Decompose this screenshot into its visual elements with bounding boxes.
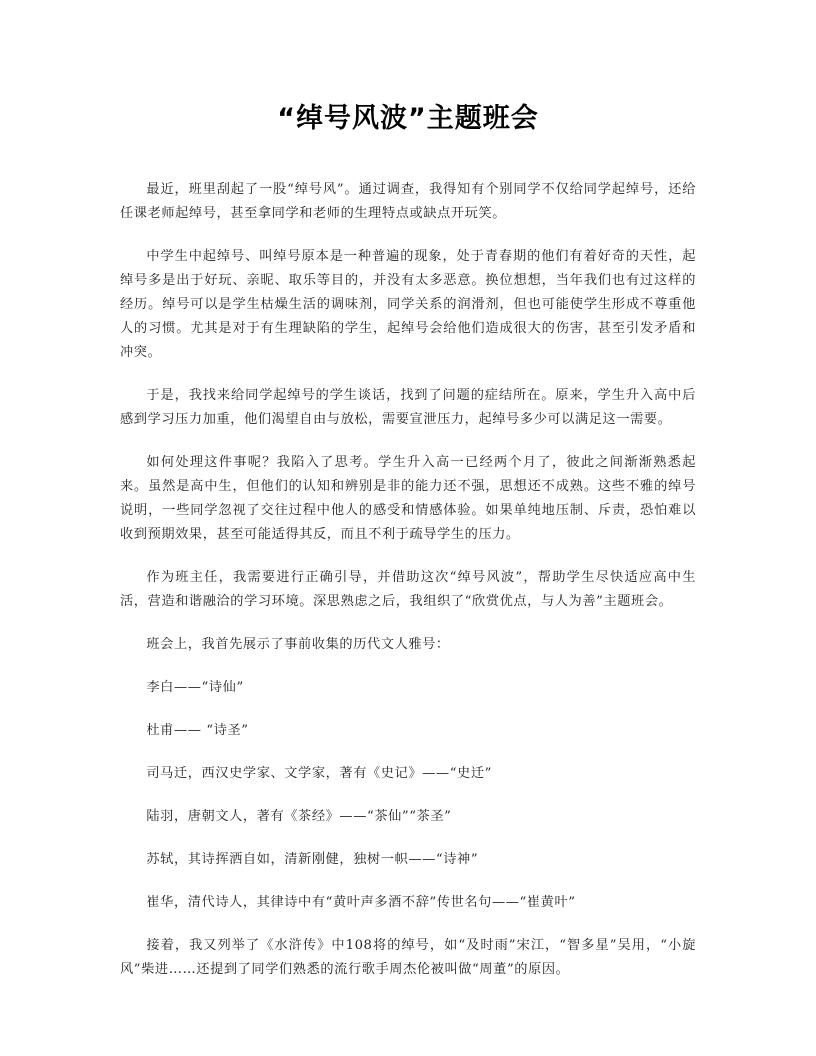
list-item-cui-hua: 崔华，清代诗人，其律诗中有“黄叶声多酒不辞”传世名句——“崔黄叶”	[120, 891, 696, 915]
list-item-sima-qian: 司马迁，西汉史学家、文学家，著有《史记》——“史迁”	[120, 762, 696, 786]
paragraph-talk: 于是，我找来给同学起绰号的学生谈话，找到了问题的症结所在。原来，学生升入高中后感…	[120, 384, 696, 432]
document-body: 最近，班里刮起了一股“绰号风”。通过调查，我得知有个别同学不仅给同学起绰号，还给…	[120, 178, 696, 1001]
list-item-li-bai: 李白——“诗仙”	[120, 676, 696, 700]
paragraph-reflection: 如何处理这件事呢？我陷入了思考。学生升入高一已经两个月了，彼此之间渐渐熟悉起来。…	[120, 451, 696, 547]
paragraph-plan: 作为班主任，我需要进行正确引导，并借助这次“绰号风波”，帮助学生尽快适应高中生活…	[120, 566, 696, 614]
paragraph-water-margin: 接着，我又列举了《水浒传》中108将的绰号，如“及时雨”宋江，“智多星”吴用，“…	[120, 934, 696, 982]
list-item-du-fu: 杜甫—— “诗圣”	[120, 719, 696, 743]
paragraph-intro: 最近，班里刮起了一股“绰号风”。通过调查，我得知有个别同学不仅给同学起绰号，还给…	[120, 178, 696, 226]
paragraph-meeting-start: 班会上，我首先展示了事前收集的历代文人雅号：	[120, 633, 696, 657]
list-item-su-shi: 苏轼，其诗挥洒自如，清新刚健，独树一帜——“诗神”	[120, 848, 696, 872]
paragraph-analysis: 中学生中起绰号、叫绰号原本是一种普遍的现象，处于青春期的他们有着好奇的天性，起绰…	[120, 245, 696, 365]
document-page: “绰号风波”主题班会 最近，班里刮起了一股“绰号风”。通过调查，我得知有个别同学…	[0, 0, 816, 1056]
list-item-lu-yu: 陆羽，唐朝文人，著有《茶经》——“茶仙”“茶圣”	[120, 805, 696, 829]
document-title: “绰号风波”主题班会	[0, 96, 816, 135]
